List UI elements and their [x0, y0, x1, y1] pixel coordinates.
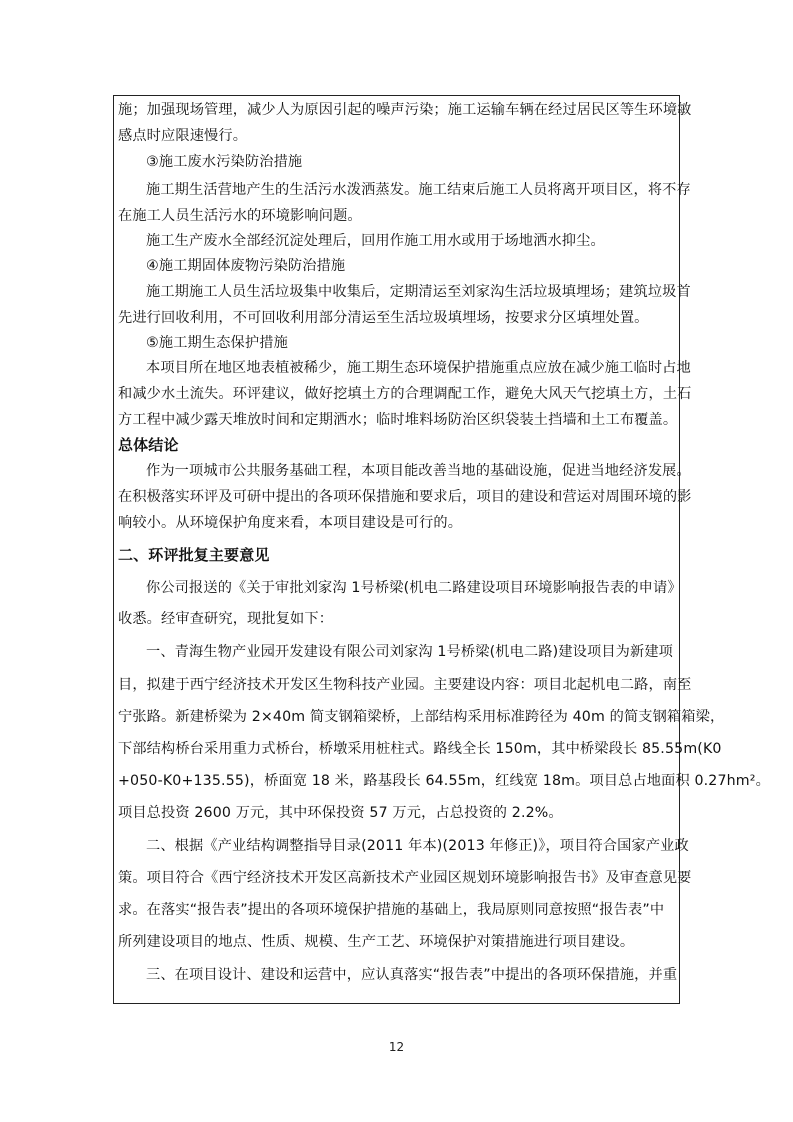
paragraph-line: 一、青海生物产业园开发建设有限公司刘家沟 1号桥梁(机电二路)建设项目为新建项 — [118, 640, 676, 664]
paragraph-line: ③施工废水污染防治措施 — [118, 150, 676, 174]
paragraph-line: 施工期生活营地产生的生活污水泼洒蒸发。施工结束后施工人员将离开项目区，将不存 — [118, 178, 676, 202]
section-heading: 总体结论 — [118, 433, 676, 457]
paragraph-line: 策。项目符合《西宁经济技术开发区高新技术产业园区规划环境影响报告书》及审查意见要 — [118, 866, 676, 890]
paragraph-line: 三、在项目设计、建设和运营中，应认真落实“报告表”中提出的各项环保措施，并重 — [118, 963, 676, 987]
paragraph-line: 感点时应限速慢行。 — [118, 124, 676, 148]
paragraph-line: 施工期施工人员生活垃圾集中收集后，定期清运至刘家沟生活垃圾填埋场；建筑垃圾首 — [118, 280, 676, 304]
page-number: 12 — [0, 1040, 793, 1054]
document-table-cell: 施；加强现场管理，减少人为原因引起的噪声污染；施工运输车辆在经过居民区等生环境敏… — [113, 95, 680, 1004]
paragraph-line: +050-K0+135.55)，桥面宽 18 米，路基段长 64.55m，红线宽… — [118, 769, 676, 793]
section-heading: 二、环评批复主要意见 — [118, 543, 676, 567]
paragraph-line: 先进行回收利用，不可回收利用部分清运至生活垃圾填埋场，按要求分区填埋处置。 — [118, 306, 676, 330]
paragraph-line: 收悉。经审查研究，现批复如下： — [118, 607, 676, 631]
paragraph-line: 在施工人员生活污水的环境影响问题。 — [118, 204, 676, 228]
paragraph-line: 作为一项城市公共服务基础工程，本项目能改善当地的基础设施，促进当地经济发展。 — [118, 459, 676, 483]
paragraph-line: 施；加强现场管理，减少人为原因引起的噪声污染；施工运输车辆在经过居民区等生环境敏 — [118, 98, 676, 122]
paragraph-line: 方工程中减少露天堆放时间和定期洒水；临时堆料场防治区织袋装土挡墙和土工布覆盖。 — [118, 408, 676, 432]
paragraph-line: 求。在落实“报告表”提出的各项环境保护措施的基础上，我局原则同意按照“报告表”中 — [118, 898, 676, 922]
paragraph-line: 响较小。从环境保护角度来看，本项目建设是可行的。 — [118, 511, 676, 535]
paragraph-line: 所列建设项目的地点、性质、规模、生产工艺、环境保护对策措施进行项目建设。 — [118, 930, 676, 954]
paragraph-line: 宁张路。新建桥梁为 2×40m 简支钢箱梁桥，上部结构采用标准跨径为 40m 的… — [118, 705, 676, 729]
paragraph-line: ⑤施工期生态保护措施 — [118, 331, 676, 355]
paragraph-line: 下部结构桥台采用重力式桥台，桥墩采用桩柱式。路线全长 150m，其中桥梁段长 8… — [118, 737, 676, 761]
paragraph-line: 施工生产废水全部经沉淀处理后，回用作施工用水或用于场地洒水抑尘。 — [118, 229, 676, 253]
paragraph-line: 本项目所在地区地表植被稀少，施工期生态环境保护措施重点应放在减少施工临时占地 — [118, 356, 676, 380]
paragraph-line: 二、根据《产业结构调整指导目录(2011 年本)(2013 年修正)》，项目符合… — [118, 834, 676, 858]
paragraph-line: 在积极落实环评及可研中提出的各项环保措施和要求后，项目的建设和营运对周围环境的影 — [118, 485, 676, 509]
paragraph-line: ④施工期固体废物污染防治措施 — [118, 254, 676, 278]
paragraph-line: 项目总投资 2600 万元，其中环保投资 57 万元，占总投资的 2.2%。 — [118, 801, 676, 825]
paragraph-line: 目，拟建于西宁经济技术开发区生物科技产业园。主要建设内容：项目北起机电二路，南至 — [118, 673, 676, 697]
paragraph-line: 你公司报送的《关于审批刘家沟 1号桥梁(机电二路建设项目环境影响报告表的申请》 — [118, 576, 676, 600]
paragraph-line: 和减少水土流失。环评建议，做好挖填土方的合理调配工作，避免大风天气挖填土方，土石 — [118, 382, 676, 406]
